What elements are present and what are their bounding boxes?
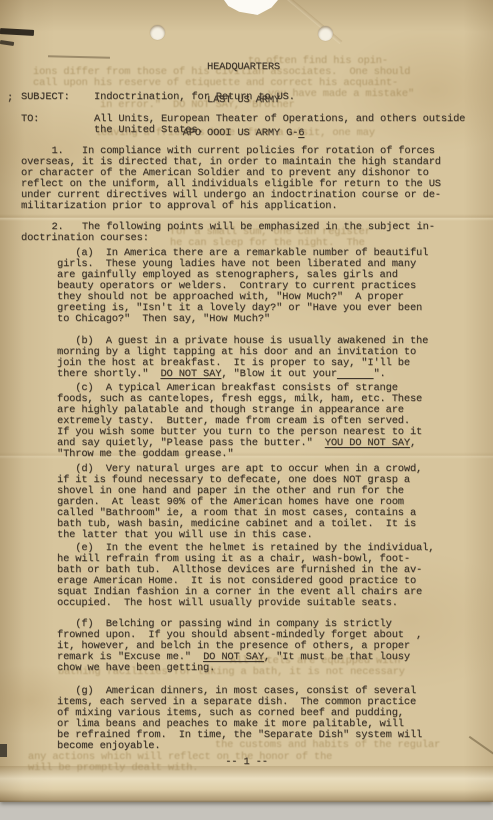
section-e: (e) In the event the helmet is retained … <box>57 543 459 609</box>
punch-hole-left <box>150 25 165 40</box>
edge-mark <box>0 28 34 36</box>
paragraph-2: 2. The following points will be emphasiz… <box>21 222 473 244</box>
fold-crease <box>0 766 493 802</box>
section-f: (f) Belching or passing wind in company … <box>57 619 459 674</box>
section-d: (d) Very natural urges are apt to occur … <box>57 464 459 541</box>
section-c: (c) A typical American breakfast consist… <box>57 383 459 460</box>
crease-mark <box>469 736 493 758</box>
section-a: (a) In America there are a remarkable nu… <box>57 248 459 325</box>
crease-mark <box>0 214 493 221</box>
section-g: (g) American dinners, in most cases, con… <box>57 686 459 752</box>
torn-paper-patch <box>224 0 278 15</box>
document-scan: to often find his opin-ions differ from … <box>0 0 493 820</box>
subject-to-block: SUBJECT: Indoctrination, for Return to U… <box>21 92 465 136</box>
punch-hole-right <box>318 26 333 41</box>
paragraph-1: 1. In compliance with current policies f… <box>21 146 473 212</box>
margin-mark: ; <box>7 93 13 104</box>
section-b: (b) A guest in a private house is usuall… <box>57 336 459 380</box>
paper-page: to often find his opin-ions differ from … <box>0 0 493 802</box>
edge-mark <box>0 744 7 757</box>
header-line-1: HEADQUARTERS <box>0 62 490 73</box>
